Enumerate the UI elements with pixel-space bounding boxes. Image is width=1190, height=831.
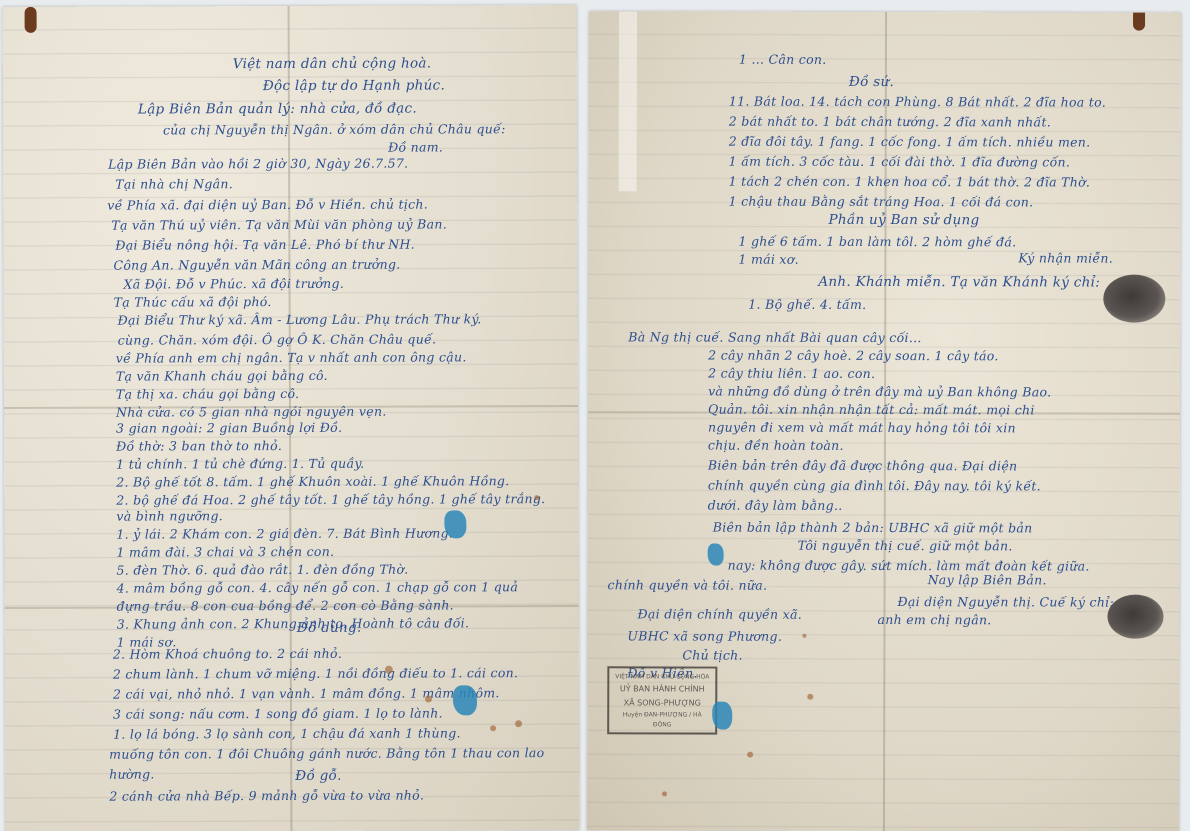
- text-line: Tạ văn Khanh cháu gọi bằng cô.: [116, 368, 328, 384]
- text-line: 2 đĩa đôi tây. 1 fang. 1 cốc fong. 1 ấm …: [729, 134, 1091, 150]
- section-title-do-dung: Đồ dùng.: [297, 620, 362, 636]
- rust-pin-mark: [1133, 11, 1145, 30]
- text-line: 3 cái song: nấu cơm. 1 song đồ giam. 1 l…: [113, 705, 443, 721]
- text-line: 2 chum lành. 1 chum vỡ miệng. 1 nồi đồng…: [113, 665, 518, 681]
- text-line: 1 tách 2 chén con. 1 khen hoa cổ. 1 bát …: [729, 174, 1091, 190]
- photo-glare: [619, 11, 637, 191]
- signature-left-label: Đại diện chính quyền xã.: [637, 606, 802, 621]
- text-line: Tạ Thúc cấu xã đội phó.: [114, 294, 272, 310]
- paragraph-line: 2 cây thiu liên. 1 ao. con.: [708, 366, 875, 381]
- text-line: về Phía xã. đại diện uỷ Ban. Đỗ v Hiền. …: [107, 197, 428, 213]
- text-line: hường.: [109, 766, 155, 781]
- official-stamp: VIỆT NAM DÂN CHỦ CỘNG HÒA UỶ BAN HÀNH CH…: [607, 666, 717, 734]
- text-line: Lập Biên Bản vào hồi 2 giờ 30, Ngày 26.7…: [108, 156, 408, 172]
- ink-blot: [708, 544, 724, 566]
- header-line: Đồ nam.: [388, 139, 443, 154]
- text-line: 2. Bộ ghế tốt 8. tấm. 1 ghế Khuôn xoài. …: [116, 473, 509, 489]
- thumbprint: [1103, 275, 1165, 323]
- section-title-do-go: Đồ gỗ.: [295, 768, 342, 784]
- text-line: 1 ghế 6 tấm. 1 ban làm tôl. 2 hòm ghế đá…: [738, 234, 1016, 250]
- text-line: 2 bát nhất to. 1 bát chân tướng. 2 đĩa x…: [729, 114, 1051, 130]
- rust-stain: [534, 495, 539, 500]
- text-line: 5. đèn Thờ. 6. quả đào rắt. 1. đèn đồng …: [117, 562, 409, 578]
- paragraph-line: chính quyền và tôi. nữa.: [608, 577, 768, 592]
- rust-pin-mark: [25, 7, 37, 33]
- stamp-line: XÃ SONG-PHƯỢNG: [613, 696, 711, 710]
- text-line: muống tôn con. 1 đôi Chuông gánh nước. B…: [109, 745, 544, 762]
- paragraph-line: Biên bản lập thành 2 bản: UBHC xã giữ mộ…: [713, 520, 1033, 536]
- text-line: về Phía anh em chị ngân. Tạ v nhất anh c…: [116, 349, 467, 365]
- signature-label: Ký nhận miễn.: [1018, 250, 1113, 265]
- header-line: của chị Nguyễn thị Ngân. ở xóm dân chủ C…: [163, 121, 506, 137]
- right-document-page: 1 ... Cân con. Đồ sứ. 11. Bát loa. 14. t…: [587, 11, 1181, 831]
- rust-stain: [515, 720, 522, 727]
- section-title-phan-uy-ban: Phần uỷ Ban sử dụng: [829, 212, 980, 228]
- paragraph-line: chính quyền cùng gia đình tôi. Đây nay. …: [708, 478, 1041, 494]
- text-line: Tạ văn Thú uỷ viên. Tạ văn Mùi văn phòng…: [111, 216, 447, 232]
- paragraph-line: và những đồ dùng ở trên đây mà uỷ Ban kh…: [708, 384, 1051, 400]
- paragraph-line: Biên bản trên đây đã được thông qua. Đại…: [708, 458, 1018, 474]
- text-line: 2. bộ ghế đá Hoa. 2 ghế tây tốt. 1 ghế t…: [116, 491, 545, 507]
- text-line: 11. Bát loa. 14. tách con Phùng. 8 Bát n…: [729, 94, 1106, 110]
- text-line: 1 chậu thau Bằng sắt tráng Hoa. 1 cối đá…: [729, 194, 1034, 210]
- thumbprint: [1107, 595, 1163, 639]
- text-line: đựng trầu. 8 con cua bồng để. 2 con cò B…: [117, 597, 454, 613]
- text-line: 1 ... Cân con.: [739, 52, 827, 67]
- paragraph-line: nay: không được gây. sứt mích. làm mất đ…: [728, 558, 1090, 574]
- header-line: Việt nam dân chủ cộng hoà.: [233, 56, 432, 73]
- text-line: Đồ thờ: 3 ban thờ to nhỏ.: [116, 438, 282, 454]
- signature-right-sub: anh em chị ngân.: [877, 612, 991, 627]
- text-line: cùng. Chăn. xóm đội. Ô gợ Ô K. Chăn Châu…: [118, 331, 437, 347]
- text-line: 1. Bộ ghế. 4. tấm.: [748, 297, 866, 312]
- rust-stain: [385, 666, 393, 674]
- ink-blot: [712, 702, 732, 730]
- paragraph-line: dưới. đây làm bằng..: [708, 498, 843, 513]
- rust-stain: [747, 752, 753, 758]
- text-line: 1 mái xơ.: [738, 252, 798, 267]
- signature-left-org: UBHC xã song Phương.: [627, 628, 782, 643]
- text-line: 2 cái vại, nhỏ nhỏ. 1 vạn vành. 1 mâm đồ…: [113, 685, 500, 701]
- header-title: Lập Biên Bản quản lý: nhà cửa, đồ đạc.: [138, 101, 417, 118]
- text-line: 1 tủ chính. 1 tủ chè đứng. 1. Tủ quầy.: [116, 456, 364, 472]
- paragraph-line: chịu. đền hoàn toàn.: [708, 438, 844, 453]
- text-line: 1. lọ lá bóng. 3 lọ sành con, 1 chậu đá …: [113, 725, 461, 741]
- signature-line: Anh. Khánh miễn. Tạ văn Khánh ký chỉ:: [818, 274, 1100, 291]
- header-line: Độc lập tự do Hạnh phúc.: [263, 77, 445, 94]
- paragraph-line: 2 cây nhãn 2 cây hoè. 2 cây soan. 1 cây …: [708, 348, 999, 364]
- text-line: Tạ thị xa. cháu gọi bằng cô.: [116, 386, 300, 402]
- text-line: 2. Hòm Khoá chuông to. 2 cái nhỏ.: [113, 646, 342, 662]
- section-title-do-su: Đồ sứ.: [849, 74, 894, 90]
- text-line: Đại Biểu nông hội. Tạ văn Lê. Phó bí thư…: [115, 237, 415, 253]
- rust-stain: [802, 634, 806, 638]
- text-line: 1 ấm tích. 3 cốc tàu. 1 cối đài thờ. 1 đ…: [729, 154, 1071, 170]
- left-document-page: Việt nam dân chủ cộng hoà. Độc lập tự do…: [3, 5, 580, 831]
- rust-stain: [662, 791, 667, 796]
- signature-right-label: Đại diện Nguyễn thị. Cuế ký chỉ:: [898, 594, 1115, 610]
- text-line: Xã Đội. Đỗ v Phúc. xã đội trưởng.: [124, 276, 345, 292]
- text-line: 3 gian ngoài: 2 gian Buồng lợi Đồ.: [116, 420, 342, 436]
- rust-stain: [807, 694, 813, 700]
- text-line: Công An. Nguyễn văn Mãn công an trưởng.: [113, 257, 400, 273]
- text-line: 2 cánh cửa nhà Bếp. 9 mảnh gỗ vừa to vừa…: [109, 788, 424, 804]
- paragraph-line: Bà Ng thị cuế. Sang nhất Bài quan cây cố…: [628, 329, 921, 345]
- text-line: Tại nhà chị Ngân.: [115, 176, 233, 191]
- paragraph-line: Tôi nguyễn thị cuế. giữ một bản.: [798, 538, 1013, 554]
- paragraph-line: nguyên đi xem và mất mát hay hỏng tôi tô…: [708, 420, 1016, 436]
- ink-blot: [444, 510, 466, 538]
- text-line: 4. mâm bồng gỗ con. 4. cây nến gỗ con. 1…: [117, 579, 519, 595]
- rust-stain: [425, 696, 432, 703]
- text-line: Nhà cửa. có 5 gian nhà ngói nguyên vẹn.: [116, 404, 387, 420]
- paragraph-line: Nay lập Biên Bản.: [928, 572, 1047, 587]
- text-line: 3. Khung ảnh con. 2 Khung ảnh to. Hoành …: [117, 615, 470, 631]
- stamp-line: VIỆT NAM DÂN CHỦ CỘNG HÒA: [613, 672, 711, 682]
- ink-blot: [453, 685, 477, 715]
- paragraph-line: Quản. tôi. xin nhận nhận tất cả: mất mát…: [708, 402, 1035, 418]
- text-line: Đại Biểu Thư ký xã. Âm - Lương Lâu. Phụ …: [118, 311, 482, 327]
- rust-stain: [490, 725, 496, 731]
- signature-left-title: Chủ tịch.: [682, 647, 742, 662]
- text-line: và bình ngưỡng.: [116, 508, 223, 523]
- stamp-line: Huyện ĐAN-PHƯỢNG / HÀ ĐÔNG: [613, 710, 711, 730]
- text-line: 1. ỷ lái. 2 Khám con. 2 giá đèn. 7. Bát …: [116, 525, 453, 541]
- stamp-line: UỶ BAN HÀNH CHÍNH: [613, 682, 711, 696]
- text-line: 1 mâm đài. 3 chai và 3 chén con.: [116, 544, 334, 560]
